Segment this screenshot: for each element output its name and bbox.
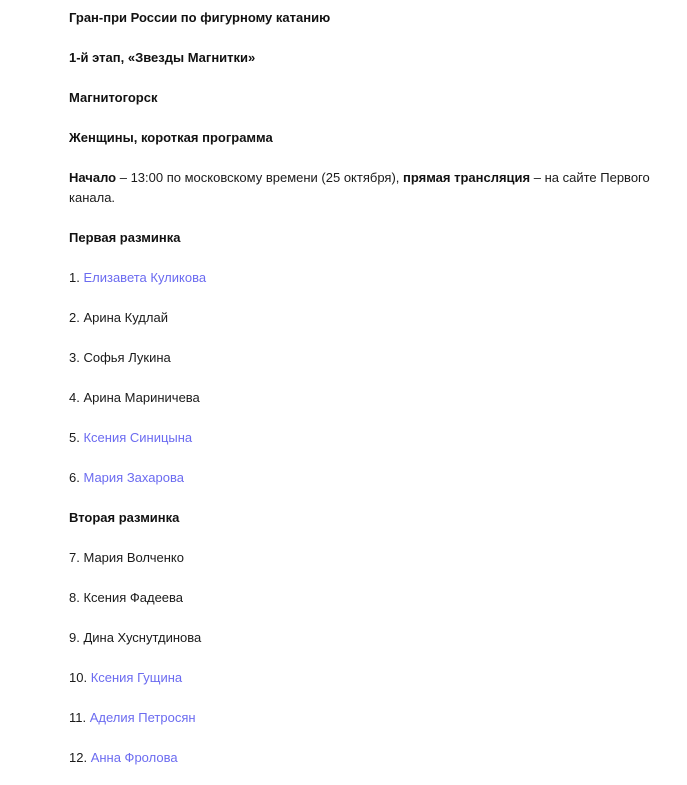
intro-paragraph: Начало – 13:00 по московскому времени (2… xyxy=(69,160,669,220)
skater-name: Мария Волченко xyxy=(83,550,184,565)
skater-name-link[interactable]: Анна Фролова xyxy=(91,750,178,765)
category-heading: Женщины, короткая программа xyxy=(69,120,669,160)
skater-list-item: 12. Анна Фролова xyxy=(69,740,669,780)
event-heading: Гран-при России по фигурному катанию xyxy=(69,0,669,40)
skater-number: 9. xyxy=(69,630,83,645)
skater-name: Арина Кудлай xyxy=(83,310,168,325)
warmup-title: Первая разминка xyxy=(69,220,669,260)
skater-list-item: 1. Елизавета Куликова xyxy=(69,260,669,300)
skater-name: Дина Хуснутдинова xyxy=(83,630,201,645)
skater-number: 4. xyxy=(69,390,83,405)
skater-number: 3. xyxy=(69,350,83,365)
skater-name-link[interactable]: Ксения Синицына xyxy=(83,430,192,445)
skater-list-item: 7. Мария Волченко xyxy=(69,540,669,580)
article-body: Гран-при России по фигурному катанию 1-й… xyxy=(69,0,669,780)
warmup-groups: Первая разминка1. Елизавета Куликова2. А… xyxy=(69,220,669,780)
stage-heading: 1-й этап, «Звезды Магнитки» xyxy=(69,40,669,80)
skater-name-link[interactable]: Аделия Петросян xyxy=(90,710,196,725)
skater-name-link[interactable]: Елизавета Куликова xyxy=(83,270,206,285)
skater-number: 2. xyxy=(69,310,83,325)
skater-number: 1. xyxy=(69,270,83,285)
skater-number: 6. xyxy=(69,470,83,485)
skater-list-item: 3. Софья Лукина xyxy=(69,340,669,380)
start-label: Начало xyxy=(69,170,116,185)
start-text: – 13:00 по московскому времени (25 октяб… xyxy=(116,170,403,185)
skater-name: Ксения Фадеева xyxy=(83,590,183,605)
skater-number: 11. xyxy=(69,710,90,725)
city-heading: Магнитогорск xyxy=(69,80,669,120)
skater-name-link[interactable]: Мария Захарова xyxy=(83,470,183,485)
skater-list-item: 10. Ксения Гущина xyxy=(69,660,669,700)
skater-number: 7. xyxy=(69,550,83,565)
skater-name-link[interactable]: Ксения Гущина xyxy=(91,670,182,685)
skater-list-item: 8. Ксения Фадеева xyxy=(69,580,669,620)
broadcast-label: прямая трансляция xyxy=(403,170,530,185)
skater-list-item: 2. Арина Кудлай xyxy=(69,300,669,340)
warmup-title: Вторая разминка xyxy=(69,500,669,540)
skater-number: 12. xyxy=(69,750,91,765)
skater-list-item: 9. Дина Хуснутдинова xyxy=(69,620,669,660)
skater-name: Арина Мариничева xyxy=(83,390,199,405)
skater-list-item: 6. Мария Захарова xyxy=(69,460,669,500)
skater-name: Софья Лукина xyxy=(83,350,170,365)
skater-list-item: 11. Аделия Петросян xyxy=(69,700,669,740)
skater-list-item: 5. Ксения Синицына xyxy=(69,420,669,460)
skater-list-item: 4. Арина Мариничева xyxy=(69,380,669,420)
skater-number: 10. xyxy=(69,670,91,685)
skater-number: 5. xyxy=(69,430,83,445)
skater-number: 8. xyxy=(69,590,83,605)
